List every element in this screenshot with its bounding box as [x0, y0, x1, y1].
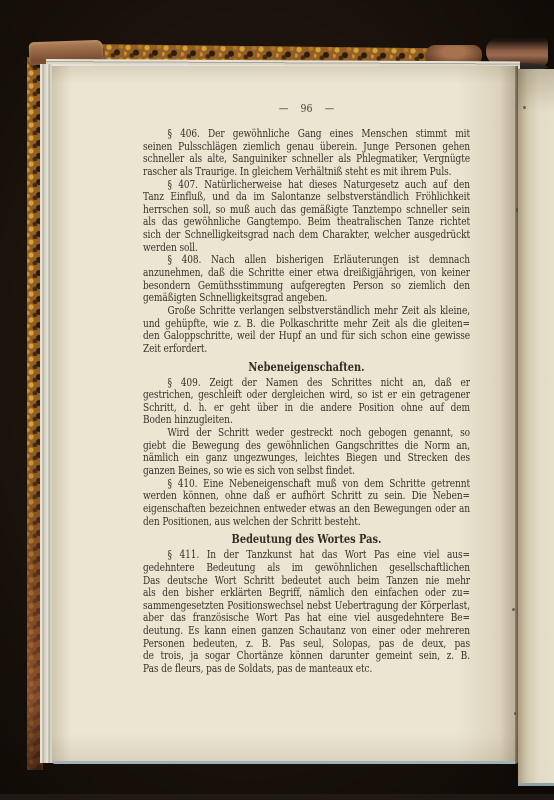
text-line: § 409. Zeigt der Namen des Schrittes nic… [143, 377, 470, 390]
text-line: sammengesetzten Positionswechsel nebst U… [143, 600, 470, 613]
page-text: — 96 — § 406. Der gewöhnliche Gang eines… [143, 101, 470, 676]
text-line: § 406. Der gewöhnliche Gang eines Mensch… [143, 128, 470, 141]
text-blocks: § 406. Der gewöhnliche Gang eines Mensch… [143, 128, 470, 676]
facing-page-sliver [518, 69, 554, 786]
text-line: eigenschaften bezeichnen entweder etwas … [143, 503, 470, 516]
paragraph: Große Schritte verlangen selbstverständl… [143, 305, 470, 356]
text-line: werden können, ohne daß er aufhört Schri… [143, 490, 470, 503]
header-left-dash: — [279, 101, 288, 115]
text-line: Zeit erfordert. [143, 343, 470, 356]
text-line: Personen bedeuten, z. B. Pas seul, Solop… [143, 638, 470, 651]
text-line: gestrichen, geschleift oder dergleichen … [143, 389, 470, 402]
paragraph: § 409. Zeigt der Namen des Schrittes nic… [143, 377, 470, 428]
paragraph: § 410. Eine Nebeneigenschaft muß von dem… [143, 478, 470, 529]
text-line: gedehntere Bedeutung als im gewöhnlichen… [143, 562, 470, 575]
text-line: als das gewöhnliche Gangtempo. Beim thea… [143, 216, 470, 229]
text-line: seinen Pulsschlägen ziemlich genau übere… [143, 141, 470, 154]
text-line: den Galoppschritte, weil der Hupf an und… [143, 330, 470, 343]
text-line: werden soll. [143, 242, 470, 255]
text-line: sich der Schnelligkeitsgrad nach dem Cha… [143, 229, 470, 242]
paragraph: § 407. Natürlicherweise hat dieses Natur… [143, 179, 470, 255]
paragraph: Wird der Schritt weder gestreckt noch ge… [143, 427, 470, 478]
text-line: § 408. Nach allen bisherigen Erläuterung… [143, 254, 470, 267]
text-line: § 407. Natürlicherweise hat dieses Natur… [143, 179, 470, 192]
page-speck [516, 208, 518, 212]
text-line: Tanz Einfluß, und da im Salontanze selbs… [143, 191, 470, 204]
text-line: Schritt, d. h. er geht über in die ander… [143, 402, 470, 415]
page-speck [523, 106, 526, 109]
book-photo: — 96 — § 406. Der gewöhnliche Gang eines… [0, 0, 554, 800]
header-right-dash: — [325, 101, 334, 115]
page-speck [512, 608, 515, 611]
text-line: rascher als Traurige. In gleichem Verhäl… [143, 166, 470, 179]
text-line: nämlich ein ganz ungezwunges, leichtes B… [143, 452, 470, 465]
text-line: Pas de fleurs, pas de Soldats, pas de ma… [143, 663, 470, 676]
text-line: Wird der Schritt weder gestreckt noch ge… [143, 427, 470, 440]
section-heading: Nebeneigenschaften. [143, 361, 470, 374]
paragraph: § 406. Der gewöhnliche Gang eines Mensch… [143, 128, 470, 179]
text-line: als den bisher erklärten Begriff, nämlic… [143, 587, 470, 600]
page-number: 96 [301, 101, 313, 115]
text-line: ganzen Beines, so wie es sich von selbst… [143, 465, 470, 478]
text-line: aber das französische Wort Pas hat eine … [143, 612, 470, 625]
text-line: § 411. In der Tanzkunst hat das Wort Pas… [143, 549, 470, 562]
text-line: § 410. Eine Nebeneigenschaft muß von dem… [143, 478, 470, 491]
text-line: de trois, ja sogar Chortänze können daru… [143, 650, 470, 663]
photo-background-edge [0, 794, 554, 800]
section-heading: Bedeutung des Wortes Pas. [143, 533, 470, 546]
text-line: anzunehmen, daß die Schritte einer etwa … [143, 267, 470, 280]
text-line: schneller als alte, Sanguiniker schnelle… [143, 153, 470, 166]
text-line: herrschen soll, so muß auch das gemäßigt… [143, 204, 470, 217]
text-line: besondern Gemüthsstimmung aufgeregten Pe… [143, 280, 470, 293]
paragraph: § 411. In der Tanzkunst hat das Wort Pas… [143, 549, 470, 675]
text-line: Große Schritte verlangen selbstverständl… [143, 305, 470, 318]
text-line: Das deutsche Wort Schritt bedeutet auch … [143, 575, 470, 588]
paragraph: § 408. Nach allen bisherigen Erläuterung… [143, 254, 470, 305]
text-line: den Positionen, aus welchen der Schritt … [143, 516, 470, 529]
page-speck [514, 712, 516, 715]
text-line: giebt die Bewegung des gewöhnlichen Gang… [143, 440, 470, 453]
page-header: — 96 — [143, 101, 470, 115]
text-line: deutung. Es kann einen ganzen Schautanz … [143, 625, 470, 638]
text-line: gemäßigten Schnelligkeitsgrad angeben. [143, 292, 470, 305]
text-line: und gehüpfte, wie z. B. die Polkaschritt… [143, 318, 470, 331]
text-line: Boden hinzugleiten. [143, 414, 470, 427]
